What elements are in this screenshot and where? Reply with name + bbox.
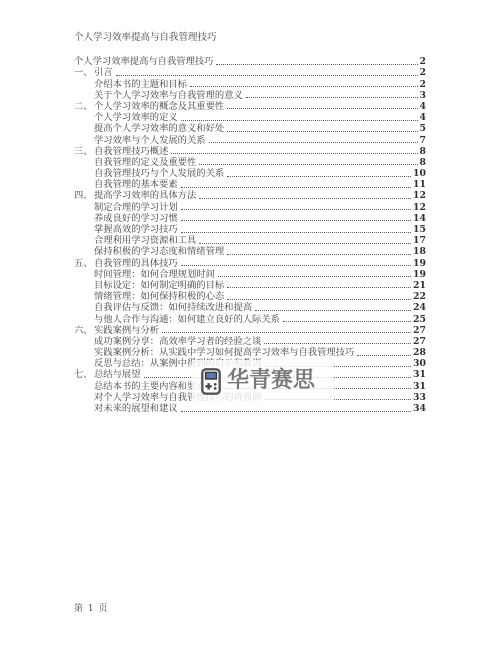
toc-row: 六、 实践案例与分析 27 [74, 325, 426, 336]
toc-entry-title: 实践案例与分析 [94, 326, 159, 336]
toc-entry-title: 目标设定：如何制定明确的目标 [94, 281, 224, 291]
toc-row: 掌握高效的学习技巧 15 [74, 224, 426, 235]
toc-row: 成功案例分享：高效率学习者的经验之谈 27 [74, 336, 426, 347]
toc-dot-leader [227, 254, 411, 255]
toc-entry-title: 与他人合作与沟通：如何建立良好的人际关系 [94, 315, 280, 325]
toc-chapter-number: 三、 [74, 147, 94, 157]
toc-entry-title: 自我管理的定义及重要性 [94, 158, 196, 168]
toc-row: 三、 自我管理技巧概述 8 [74, 146, 426, 157]
toc-dot-leader [255, 310, 411, 311]
handheld-console-logo-icon [201, 368, 221, 399]
toc-dot-leader [181, 265, 411, 266]
toc-entry-title: 制定合理的学习计划 [94, 203, 178, 213]
toc-row: 学习效率与个人发展的关系 7 [74, 134, 426, 145]
toc-dot-leader [181, 232, 411, 233]
toc-dot-leader [181, 220, 411, 221]
toc-row: 保持积极的学习态度和情绪管理 18 [74, 246, 426, 257]
toc-entry-title: 合理利用学习资源和工具 [94, 236, 196, 246]
watermark: 华青赛思 [192, 360, 334, 402]
document-header-title: 个人学习效率提高与自我管理技巧 [74, 29, 217, 43]
document-page: 个人学习效率提高与自我管理技巧 个人学习效率提高与自我管理技巧 2 一、 引言 … [0, 0, 500, 647]
toc-page-number: 31 [413, 370, 426, 380]
toc-page-number: 33 [413, 393, 426, 403]
toc-chapter-number: 二、 [74, 102, 94, 112]
toc-dot-leader [190, 86, 418, 87]
toc-entry-title: 成功案例分享：高效率学习者的经验之谈 [94, 337, 261, 347]
toc-row: 实践案例分析：从实践中学习如何提高学习效率与自我管理技巧 28 [74, 347, 426, 358]
toc-page-number: 4 [420, 113, 426, 123]
toc-row: 关于个人学习效率与自我管理的意义 3 [74, 90, 426, 101]
toc-page-number: 17 [413, 236, 426, 246]
toc-row: 提高个人学习效率的意义和好处 5 [74, 123, 426, 134]
toc-page-number: 10 [413, 169, 426, 179]
toc-dot-leader [216, 64, 417, 65]
toc-row: 合理利用学习资源和工具 17 [74, 235, 426, 246]
toc-page-number: 5 [420, 124, 426, 134]
toc-page-number: 7 [420, 136, 426, 146]
toc-chapter-number: 一、 [74, 68, 94, 78]
toc-entry-title: 总结本书的主要内容和要点 [94, 382, 206, 392]
toc-entry-title: 个人学习效率的定义 [94, 113, 178, 123]
toc-page-number: 8 [420, 147, 426, 157]
toc-row: 自我评估与反馈：如何持续改进和提高 24 [74, 302, 426, 313]
toc-row: 时间管理：如何合理规划时间 19 [74, 269, 426, 280]
toc-entry-title: 介绍本书的主题和目标 [94, 80, 187, 90]
toc-row: 自我管理技巧与个人发展的关系 10 [74, 168, 426, 179]
toc-dot-leader [227, 131, 417, 132]
toc-entry-title: 自我管理技巧与个人发展的关系 [94, 169, 224, 179]
toc-page-number: 28 [413, 348, 426, 358]
toc-dot-leader [209, 142, 418, 143]
toc-dot-leader [283, 321, 411, 322]
toc-entry-title: 时间管理：如何合理规划时间 [94, 270, 215, 280]
toc-row: 养成良好的学习习惯 14 [74, 213, 426, 224]
toc-page-number: 2 [420, 57, 426, 67]
toc-dot-leader [116, 75, 418, 76]
toc-row: 制定合理的学习计划 12 [74, 201, 426, 212]
toc-dot-leader [227, 108, 417, 109]
toc-dot-leader [171, 153, 417, 154]
toc-page-number: 21 [413, 281, 426, 291]
toc-entry-title: 个人学习效率提高与自我管理技巧 [74, 57, 213, 67]
toc-entry-title: 总结与展望 [94, 370, 141, 380]
toc-entry-title: 提高个人学习效率的意义和好处 [94, 124, 224, 134]
toc-row: 介绍本书的主题和目标 2 [74, 78, 426, 89]
toc-entry-title: 情绪管理：如何保持积极的心态 [94, 292, 224, 302]
toc-page-number: 4 [420, 102, 426, 112]
toc-entry-title: 引言 [94, 68, 113, 78]
toc-page-number: 12 [413, 203, 426, 213]
toc-page-number: 2 [420, 68, 426, 78]
watermark-brand-text: 华青赛思 [227, 370, 315, 392]
toc-row: 自我管理的定义及重要性 8 [74, 157, 426, 168]
toc-row: 对未来的展望和建议 34 [74, 403, 426, 414]
toc-entry-title: 学习效率与个人发展的关系 [94, 136, 206, 146]
toc-page-number: 34 [413, 404, 426, 414]
toc-row: 二、 个人学习效率的概念及其重要性 4 [74, 101, 426, 112]
toc-page-number: 27 [413, 326, 426, 336]
toc-entry-title: 对未来的展望和建议 [94, 404, 178, 414]
toc-entry-title: 自我管理的具体技巧 [94, 259, 178, 269]
toc-page-number: 19 [413, 270, 426, 280]
toc-row: 自我管理的基本要素 11 [74, 179, 426, 190]
toc-page-number: 15 [413, 225, 426, 235]
toc-page-number: 18 [413, 247, 426, 257]
toc-dot-leader [181, 411, 411, 412]
page-number-footer: 第 1 页 [74, 601, 108, 614]
toc-page-number: 30 [413, 359, 426, 369]
toc-page-number: 14 [413, 214, 426, 224]
toc-entry-title: 自我管理技巧概述 [94, 147, 168, 157]
toc-dot-leader [181, 187, 411, 188]
toc-row: 与他人合作与沟通：如何建立良好的人际关系 25 [74, 313, 426, 324]
toc-dot-leader [181, 209, 411, 210]
toc-page-number: 27 [413, 337, 426, 347]
toc-chapter-number: 四、 [74, 191, 94, 201]
toc-row: 个人学习效率的定义 4 [74, 112, 426, 123]
toc-page-number: 12 [413, 191, 426, 201]
toc-dot-leader [357, 355, 411, 356]
toc-page-number: 3 [420, 91, 426, 101]
toc-entry-title: 自我管理的基本要素 [94, 180, 178, 190]
toc-row: 一、 引言 2 [74, 67, 426, 78]
toc-chapter-number: 七、 [74, 370, 94, 380]
toc-page-number: 8 [420, 158, 426, 168]
toc-entry-title: 提高学习效率的具体方法 [94, 191, 196, 201]
toc-entry-title: 实践案例分析：从实践中学习如何提高学习效率与自我管理技巧 [94, 348, 354, 358]
toc-row: 情绪管理：如何保持积极的心态 22 [74, 291, 426, 302]
toc-dot-leader [181, 120, 418, 121]
toc-row: 个人学习效率提高与自我管理技巧 2 [74, 56, 426, 67]
toc-dot-leader [246, 97, 418, 98]
toc-entry-title: 养成良好的学习习惯 [94, 214, 178, 224]
toc-row: 四、 提高学习效率的具体方法 12 [74, 190, 426, 201]
toc-entry-title: 自我评估与反馈：如何持续改进和提高 [94, 303, 252, 313]
toc-page-number: 2 [420, 80, 426, 90]
toc-page-number: 31 [413, 382, 426, 392]
toc-dot-leader [199, 164, 417, 165]
toc-row: 五、 自我管理的具体技巧 19 [74, 257, 426, 268]
toc-row: 目标设定：如何制定明确的目标 21 [74, 280, 426, 291]
toc-entry-title: 掌握高效的学习技巧 [94, 225, 178, 235]
toc-page-number: 11 [413, 180, 426, 190]
toc-dot-leader [218, 276, 411, 277]
toc-page-number: 19 [413, 259, 426, 269]
toc-dot-leader [227, 287, 411, 288]
toc-dot-leader [162, 332, 411, 333]
toc-page-number: 25 [413, 315, 426, 325]
toc-page-number: 24 [413, 303, 426, 313]
toc-chapter-number: 六、 [74, 326, 94, 336]
toc-chapter-number: 五、 [74, 259, 94, 269]
toc-entry-title: 保持积极的学习态度和情绪管理 [94, 247, 224, 257]
toc-entry-title: 关于个人学习效率与自我管理的意义 [94, 91, 243, 101]
toc-dot-leader [227, 299, 411, 300]
toc-entry-title: 个人学习效率的概念及其重要性 [94, 102, 224, 112]
toc-dot-leader [199, 198, 411, 199]
toc-dot-leader [199, 243, 411, 244]
toc-dot-leader [227, 176, 411, 177]
toc-page-number: 22 [413, 292, 426, 302]
toc-dot-leader [264, 343, 411, 344]
